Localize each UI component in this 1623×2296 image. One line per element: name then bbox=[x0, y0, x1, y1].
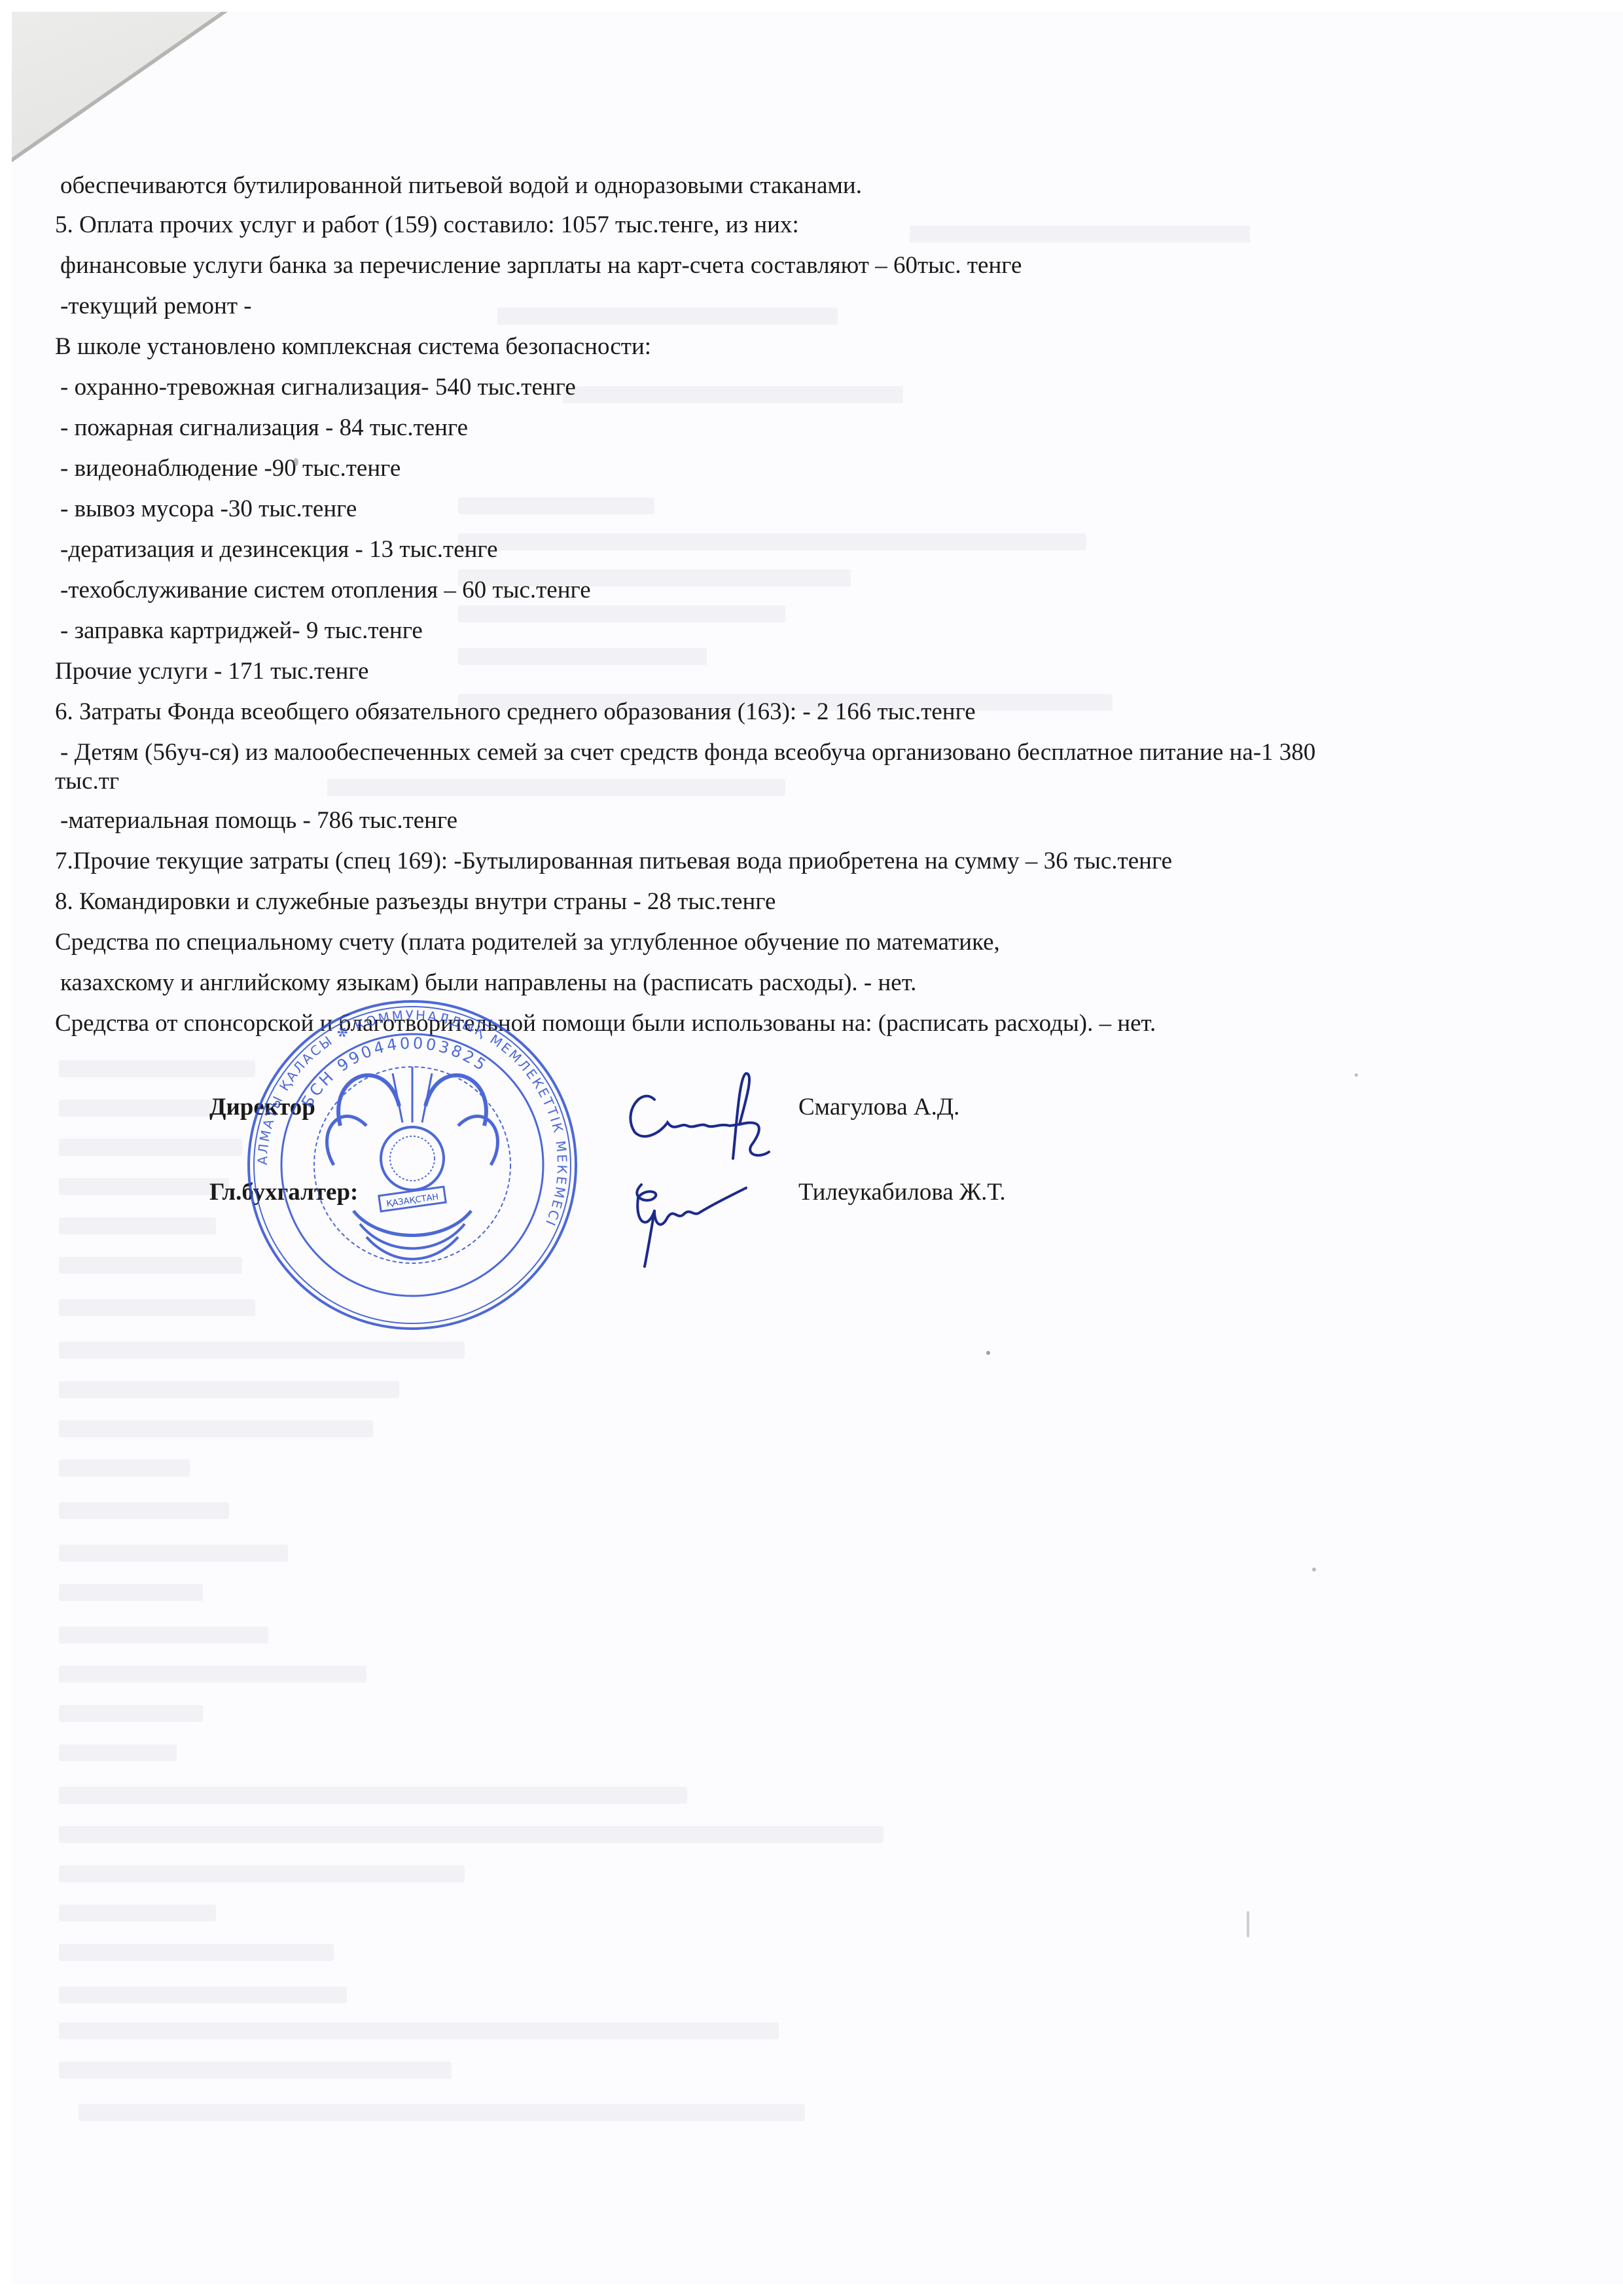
director-signature bbox=[582, 1060, 805, 1172]
text-line: казахскому и английскому языкам) были на… bbox=[60, 969, 916, 997]
text-line: тыс.тг bbox=[55, 767, 119, 796]
text-line: Средства от спонсорской и благотворитель… bbox=[55, 1009, 1156, 1038]
text-line: финансовые услуги банка за перечисление … bbox=[60, 251, 1022, 280]
director-name: Смагулова А.Д. bbox=[798, 1093, 959, 1122]
accountant-signature bbox=[615, 1158, 779, 1270]
text-line: - Детям (56уч-ся) из малообеспеченных се… bbox=[60, 738, 1315, 767]
text-line: -материальная помощь - 786 тыс.тенге bbox=[60, 806, 457, 835]
list-item: -техобслуживание систем отопления – 60 т… bbox=[60, 576, 591, 605]
list-item: -дератизация и дезинсекция - 13 тыс.тенг… bbox=[60, 535, 498, 564]
section-8-heading: 8. Командировки и служебные разъезды вну… bbox=[55, 888, 776, 916]
list-item: - охранно-тревожная сигнализация- 540 ты… bbox=[60, 373, 576, 402]
section-7-heading: 7.Прочие текущие затраты (спец 169): -Бу… bbox=[55, 847, 1172, 876]
list-item: - пожарная сигнализация - 84 тыс.тенге bbox=[60, 414, 468, 442]
list-item: - видеонаблюдение -90 тыс.тенге bbox=[60, 454, 401, 483]
text-line: Средства по специальному счету (плата ро… bbox=[55, 928, 1000, 957]
text-line: В школе установлено комплексная система … bbox=[55, 332, 651, 361]
section-5-heading: 5. Оплата прочих услуг и работ (159) сос… bbox=[55, 211, 799, 240]
section-6-heading: 6. Затраты Фонда всеобщего обязательного… bbox=[55, 698, 976, 726]
list-item: - вывоз мусора -30 тыс.тенге bbox=[60, 495, 357, 524]
text-line: обеспечиваются бутилированной питьевой в… bbox=[60, 171, 862, 200]
text-line: -текущий ремонт - bbox=[60, 292, 252, 321]
text-line: Прочие услуги - 171 тыс.тенге bbox=[55, 657, 368, 686]
accountant-name: Тилеукабилова Ж.Т. bbox=[798, 1178, 1006, 1207]
official-stamp: АЛМАТЫ ҚАЛАСЫ ✻ КОММУНАЛДЫҚ МЕМЛЕКЕТТІК … bbox=[242, 995, 582, 1335]
list-item: - заправка картриджей- 9 тыс.тенге bbox=[60, 617, 423, 645]
